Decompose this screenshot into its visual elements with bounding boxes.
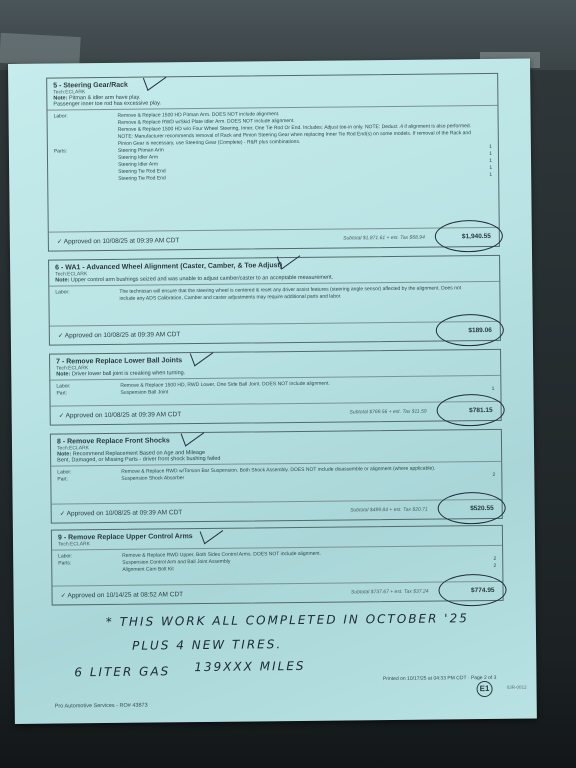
handdrawn-circle — [436, 314, 504, 347]
section-upper-control-arms: 9 - Remove Replace Upper Control Arms Te… — [51, 525, 504, 606]
line-item-label: Part: — [57, 476, 121, 484]
handwritten-note-line-2: PLUS 4 NEW TIRES. — [132, 637, 282, 653]
subtotal: Subtotal $1,871.61 + est. Tax $68.94 — [343, 235, 425, 242]
line-item-qty: 1 — [472, 172, 492, 179]
line-items: Labor:Remove & Replace 1500 HD Pitman Ar… — [47, 105, 498, 187]
line-items: Labor:The technician will ensure that th… — [49, 281, 499, 307]
section-footer: ✓ Approved on 10/08/25 at 09:39 AM CDT S… — [51, 401, 501, 425]
subtotal: Subtotal $737.67 + est. Tax $37.24 — [351, 589, 429, 596]
line-item-qty — [473, 285, 493, 299]
subtotal: Subtotal $499.84 + est. Tax $20.71 — [350, 507, 428, 514]
subtotal: Subtotal $769.56 + est. Tax $11.59 — [349, 409, 426, 416]
handdrawn-circle — [438, 492, 506, 525]
stamp-code: 03R-0012 — [507, 685, 527, 690]
approval-status: ✓ Approved on 10/08/25 at 09:39 AM CDT — [57, 236, 180, 245]
section-footer: ✓ Approved on 10/14/25 at 08:52 AM CDT S… — [52, 581, 502, 605]
handwritten-note-engine: 6 LITER GAS — [74, 664, 170, 679]
section-footer: ✓ Approved on 10/08/25 at 09:39 AM CDT S… — [52, 499, 502, 523]
handwritten-note-line-1: * THIS WORK ALL COMPLETED IN OCTOBER '25 — [106, 611, 469, 629]
line-items: Labor:Remove & Replace 1500 HD, RWD Lowe… — [50, 375, 500, 401]
shop-name: Pro Automotive Services - RO# 43873 — [55, 703, 148, 710]
section-steering-gear: 5 - Steering Gear/Rack Tech:ECLARK Note:… — [46, 73, 500, 252]
line-item-qty: 2 — [476, 563, 496, 570]
approval-status: ✓ Approved on 10/14/25 at 08:52 AM CDT — [61, 590, 184, 599]
line-item: Labor:The technician will ensure that th… — [55, 285, 493, 304]
tape-strip — [0, 33, 81, 67]
repair-order-page: 5 - Steering Gear/Rack Tech:ECLARK Note:… — [8, 59, 537, 724]
approval-status: ✓ Approved on 10/08/25 at 09:39 AM CDT — [58, 330, 181, 339]
handwritten-note-mileage: 139XXX MILES — [194, 659, 305, 674]
line-items: Labor:Remove & Replace RWD w/Torsion Bar… — [51, 461, 501, 487]
line-item-desc: The technician will ensure that the stee… — [119, 285, 473, 303]
line-item-qty: 2 — [475, 472, 495, 479]
section-footer: ✓ Approved on 10/08/25 at 09:39 AM CDT $… — [50, 321, 500, 345]
section-wheel-alignment: 6 - WA1 - Advanced Wheel Alignment (Cast… — [48, 255, 501, 346]
line-item-label — [54, 134, 118, 149]
line-item-label — [54, 176, 118, 184]
handdrawn-circle — [436, 394, 504, 427]
handdrawn-circle — [435, 220, 503, 253]
section-footer: ✓ Approved on 10/08/25 at 09:39 AM CDT S… — [49, 227, 499, 251]
line-item-label: Labor: — [55, 289, 119, 304]
line-item-label: Part: — [56, 390, 120, 398]
line-item-label — [58, 567, 122, 575]
line-item-qty: 1 — [474, 386, 494, 393]
approval-status: ✓ Approved on 10/08/25 at 09:39 AM CDT — [60, 508, 183, 517]
e1-stamp-icon: E1 — [476, 681, 492, 697]
printed-timestamp: Printed on 10/17/25 at 04:33 PM CDT · Pa… — [383, 675, 497, 682]
handdrawn-circle — [438, 574, 506, 607]
line-items: Labor:Remove & Replace RWD Upper, Both S… — [52, 545, 502, 578]
line-item-qty — [472, 130, 492, 144]
section-lower-ball-joints: 7 - Remove Replace Lower Ball Joints Tec… — [49, 349, 502, 426]
approval-status: ✓ Approved on 10/08/25 at 09:39 AM CDT — [59, 410, 182, 419]
section-front-shocks: 8 - Remove Replace Front Shocks Tech:ECL… — [50, 429, 503, 524]
